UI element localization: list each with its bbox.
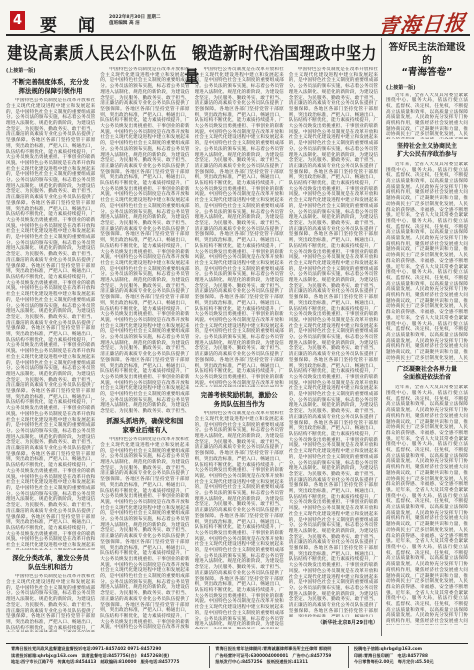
article-subhead: 不断完善制度体系，充分发挥法规的保障引领作用 bbox=[11, 78, 90, 95]
article-subhead: 坚持社会主义协商民主扩大公民有序政治参与 bbox=[388, 143, 466, 159]
article-column-2: 中国特色公务员制度是在改革开放和社会主义现代化建设进程中建立和发展起来的，是中国… bbox=[100, 67, 189, 632]
subhead-line: 坚持社会主义协商民主 bbox=[388, 143, 466, 151]
section-title: 要 闻 bbox=[40, 11, 97, 36]
date-editor-info: 2022年8月30日 星期二 值班编辑 高 洁 bbox=[109, 15, 161, 28]
article-column-4: 中国特色公务员制度是在改革开放和社会主义现代化建设进程中建立和发展起来的，是中国… bbox=[289, 67, 378, 632]
article-subhead: 深化分类改革，激发公务员队伍生机和活力 bbox=[11, 554, 90, 571]
footer-line: 投稿电子信箱:qhrbgd@163.com bbox=[354, 646, 463, 653]
body-text: 中国特色公务员制度是在改革开放和社会主义现代化建设进程中建立和发展起来的，是中国… bbox=[195, 67, 284, 387]
page-header: 4 要 闻 2022年8月30日 星期二 值班编辑 高 洁 青海日报 bbox=[10, 9, 466, 35]
body-text: 近年来，全省人大及其常委会紧紧围绕中心、服务大局，依法行使立法权、监督权、决定权… bbox=[386, 385, 468, 625]
article-subhead: 抓源头抓培养，确保党和国家事业后继有人 bbox=[105, 417, 184, 434]
sidebar-body: (上接第一版)近年来，全省人大及其常委会紧紧围绕中心、服务大局，依法行使立法权、… bbox=[386, 84, 468, 626]
continued-from-page-one: (上接第一版) bbox=[386, 84, 468, 91]
footer-line: 地址:西宁市长江路7号 传真电话:8454413 邮政编码:810000 服务电… bbox=[11, 659, 204, 666]
footer-line: 青海日报社常年法律顾问:青海诚嘉律师事务所主任律师 郭晓明 bbox=[215, 646, 343, 653]
main-columns: (上接第一版)不断完善制度体系，充分发挥法规的保障引领作用中国特色公务员制度是在… bbox=[6, 67, 378, 632]
footer-line: 今日零售每份2.00元 每月定价:45.50元 bbox=[354, 659, 463, 666]
body-text: 中国特色公务员制度是在改革开放和社会主义现代化建设进程中建立和发展起来的，是中国… bbox=[6, 98, 95, 550]
subhead-line: 扩大公民有序政治参与 bbox=[388, 151, 466, 159]
body-text: 近年来，全省人大及其常委会紧紧围绕中心、服务大局，依法行使立法权、监督权、决定权… bbox=[386, 162, 468, 362]
body-text: 中国特色公务员制度是在改革开放和社会主义现代化建设进程中建立和发展起来的，是中国… bbox=[289, 67, 378, 617]
article-subhead: 广泛凝聚社会各界力量全面推进依法治省 bbox=[388, 366, 466, 382]
sidebar-title: 答好民主法治建设的“青海答卷” bbox=[386, 42, 468, 80]
body-text: 近年来，全省人大及其常委会紧紧围绕中心、服务大局，依法行使立法权、监督权、决定权… bbox=[386, 93, 468, 139]
body-text: 中国特色公务员制度是在改革开放和社会主义现代化建设进程中建立和发展起来的，是中国… bbox=[100, 67, 189, 413]
newspaper-page: 4 要 闻 2022年8月30日 星期二 值班编辑 高 洁 青海日报 建设高素质… bbox=[0, 0, 474, 670]
footer-block-1: 青海日报社党风政风监督建设监督投诉电话:0971-8457402 0971-84… bbox=[6, 646, 209, 668]
page-footer: 青海日报社党风政风监督建设监督投诉电话:0971-8457402 0971-84… bbox=[6, 643, 468, 668]
subhead-line: 广泛凝聚社会各界力量 bbox=[388, 366, 466, 374]
sidebar-title-line: “青海答卷” bbox=[386, 67, 468, 80]
sidebar-title-line: 答好民主法治建设的 bbox=[386, 42, 468, 67]
editor-line: 值班编辑 高 洁 bbox=[109, 21, 161, 27]
sidebar-divider bbox=[381, 38, 382, 636]
article-column-1: (上接第一版)不断完善制度体系，充分发挥法规的保障引领作用中国特色公务员制度是在… bbox=[6, 67, 95, 632]
footer-line: 报纸发行中心:8457256 报纸投递投诉:41311 bbox=[215, 659, 343, 666]
footer-line: 青海日报社党风政风监督建设监督投诉电话:0971-8457402 0971-84… bbox=[11, 646, 204, 653]
footer-block-3: 投稿电子信箱:qhrbgd@163.com印刷:青海日报印刷厂 电话:84577… bbox=[348, 646, 468, 668]
sidebar-article: 答好民主法治建设的“青海答卷” (上接第一版)近年来，全省人大及其常委会紧紧围绕… bbox=[386, 42, 468, 638]
body-text: 中国特色公务员制度是在改革开放和社会主义现代化建设进程中建立和发展起来的，是中国… bbox=[6, 574, 95, 632]
page-number-badge: 4 bbox=[10, 11, 25, 30]
body-text: 中国特色公务员制度是在改革开放和社会主义现代化建设进程中建立和发展起来的，是中国… bbox=[195, 411, 284, 629]
subhead-line: 全面推进依法治省 bbox=[388, 374, 466, 382]
footer-block-2: 青海日报社常年法律顾问:青海诚嘉律师事务所主任律师 郭晓明广告经营许可证号:63… bbox=[209, 646, 348, 668]
continued-from-page-one: (上接第一版) bbox=[6, 67, 95, 74]
body-text: 中国特色公务员制度是在改革开放和社会主义现代化建设进程中建立和发展起来的，是中国… bbox=[100, 437, 189, 629]
xinhua-credit: （新华社北京8月29日电） bbox=[289, 619, 378, 626]
article-column-3: 中国特色公务员制度是在改革开放和社会主义现代化建设进程中建立和发展起来的，是中国… bbox=[195, 67, 284, 632]
masthead-logo: 青海日报 bbox=[376, 7, 467, 42]
header-rule bbox=[6, 34, 470, 36]
article-subhead: 完善考核奖励机制，激励公务员队伍担当作为 bbox=[200, 391, 279, 408]
